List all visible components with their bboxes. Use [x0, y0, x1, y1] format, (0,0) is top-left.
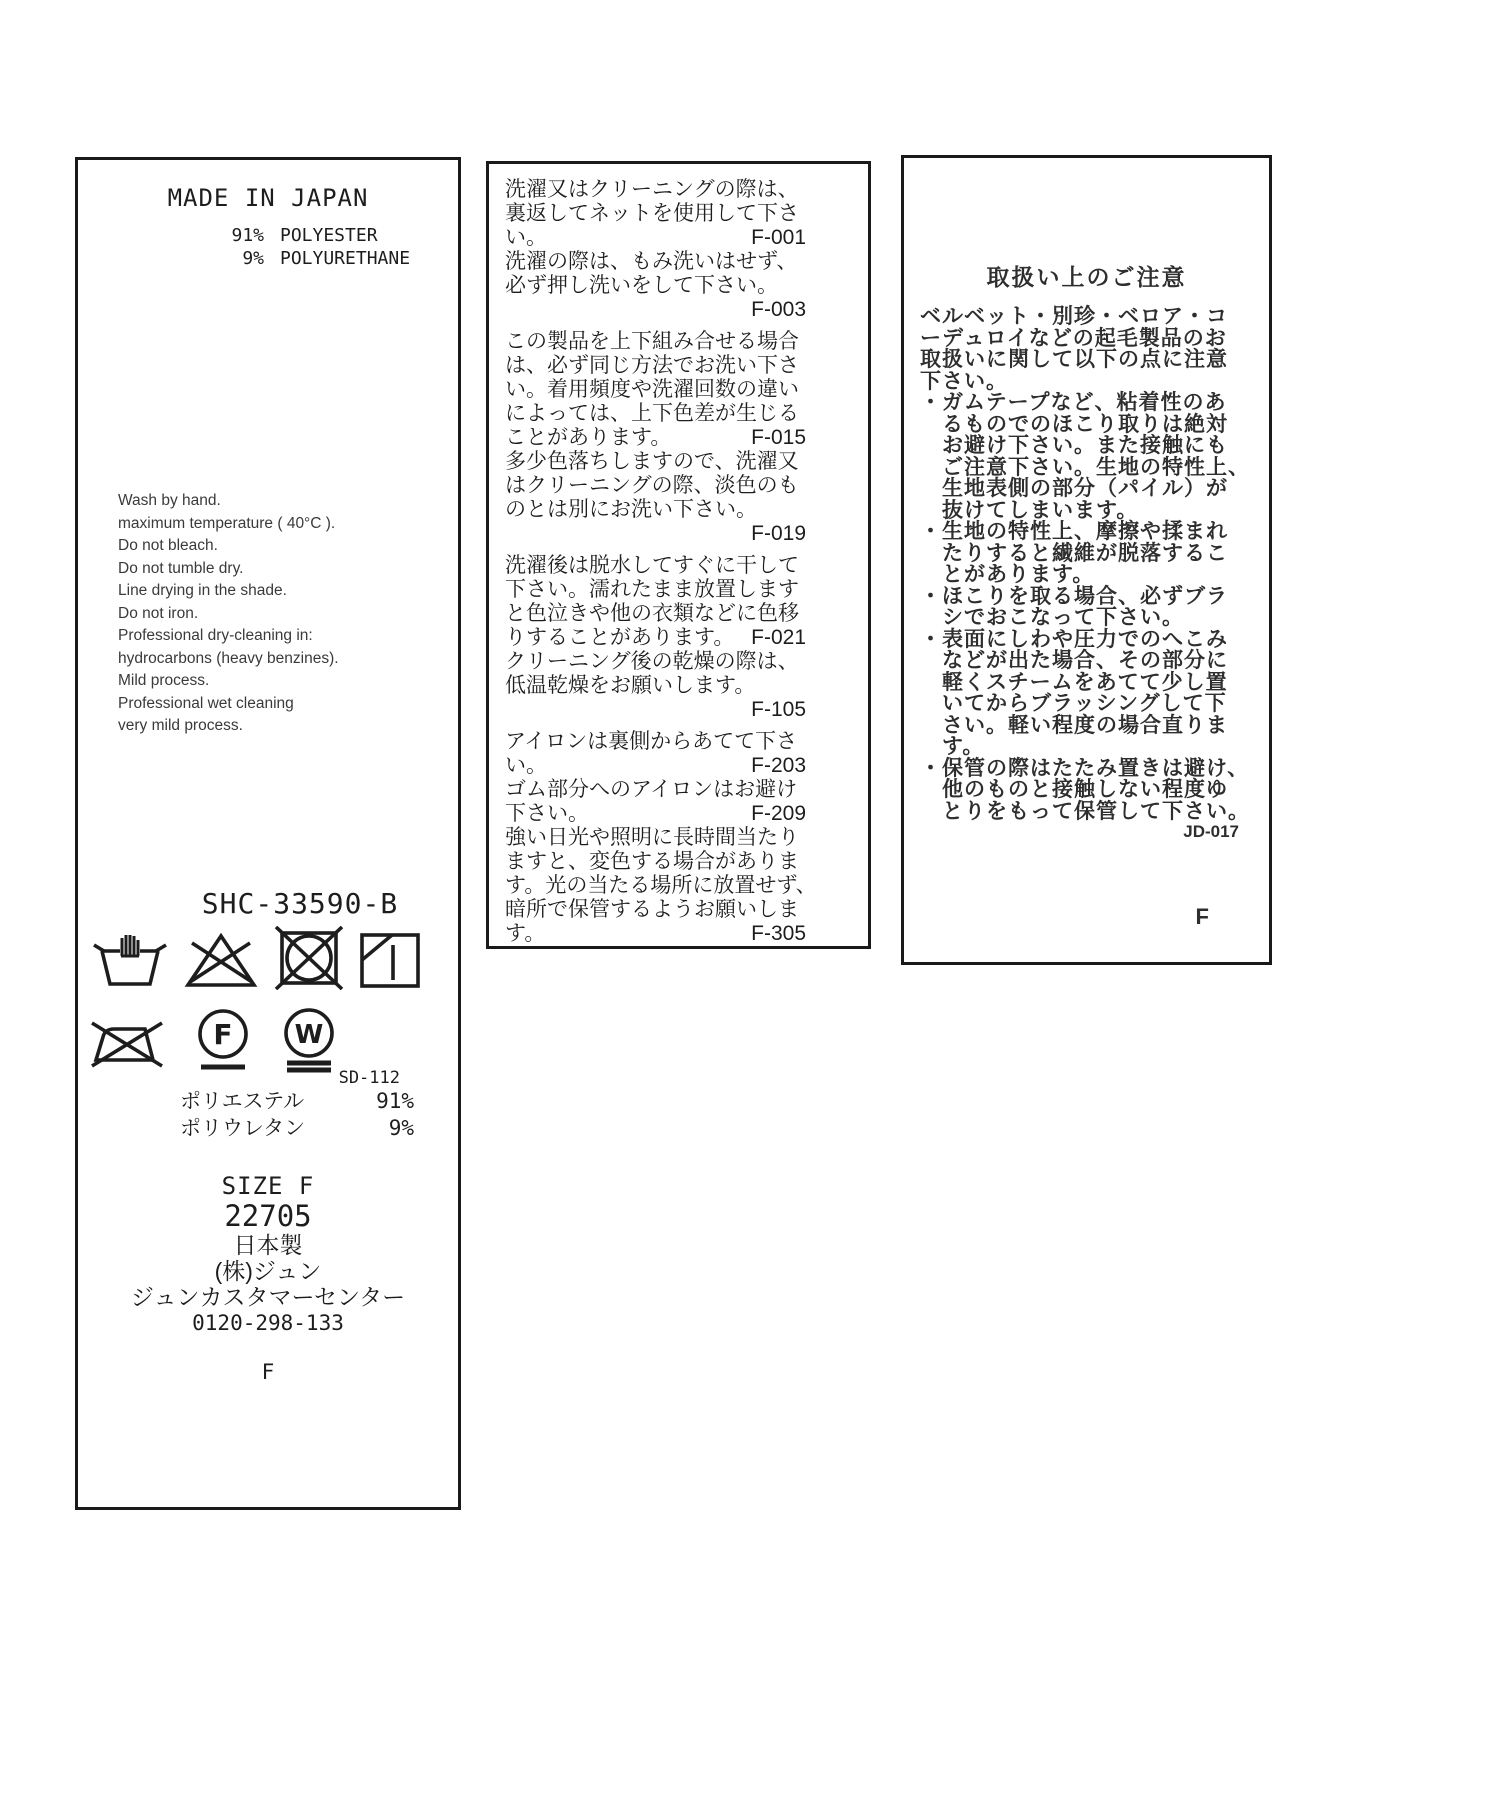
product-number: 22705 — [78, 1200, 458, 1232]
wash-instruction-line: はクリーニングの際、淡色のも — [505, 474, 854, 498]
wash-instruction-line: と色泣きや他の衣類などに色移 — [505, 602, 854, 626]
instruction-text: と色泣きや他の衣類などに色移 — [505, 602, 799, 626]
wash-instruction-line: F-003 — [505, 298, 854, 322]
care-en-line: maximum temperature ( 40°C ). — [118, 513, 339, 536]
instruction-text: のとは別にお洗い下さい。 — [505, 498, 757, 522]
composition-jp-row: ポリエステル 91% — [180, 1088, 414, 1115]
composition-material: POLYURETHANE — [280, 247, 410, 270]
care-en-line: Do not tumble dry. — [118, 558, 339, 581]
instruction-text: 多少色落ちしますので、洗濯又 — [505, 450, 799, 474]
handling-notes-lines: ベルベット・別珍・ベロア・コ ーデュロイなどの起毛製品のお 取扱いに関して以下の… — [904, 306, 1269, 822]
care-en-line: Do not iron. — [118, 603, 339, 626]
care-symbols-row-2: F W — [88, 1005, 340, 1073]
composition-material-jp: ポリウレタン — [180, 1115, 305, 1142]
wash-instruction-line: は、必ず同じ方法でお洗い下さ — [505, 354, 854, 378]
wash-instruction-line: 洗濯又はクリーニングの際は、 — [505, 178, 854, 202]
wash-instruction-line: 下さい。 F-209 — [505, 802, 854, 826]
handling-note-line: とりをもって保管して下さい。 — [920, 801, 1261, 823]
hand-wash-icon — [91, 930, 169, 990]
wash-instruction-line: 暗所で保管するようお願いしま — [505, 898, 854, 922]
handling-note-line: ・ほこりを取る場合、必ずブラ — [920, 586, 1261, 608]
care-en-line: Mild process. — [118, 670, 339, 693]
wash-instruction-line: 強い日光や照明に長時間当たり — [505, 826, 854, 850]
wash-instruction-line: この製品を上下組み合せる場合 — [505, 330, 854, 354]
composition-jp: ポリエステル 91% ポリウレタン 9% — [180, 1088, 414, 1142]
handling-note-line: 下さい。 — [920, 371, 1261, 393]
handling-note-line: いてからブラッシングして下 — [920, 693, 1261, 715]
care-en-line: Professional wet cleaning — [118, 693, 339, 716]
composition-percent: 9% — [212, 247, 264, 270]
instruction-text: 強い日光や照明に長時間当たり — [505, 826, 799, 850]
instruction-text: す。光の当たる場所に放置せず、 — [505, 874, 817, 898]
handling-note-line: ベルベット・別珍・ベロア・コ — [920, 306, 1261, 328]
made-in-label: MADE IN JAPAN — [78, 184, 458, 212]
line-dry-in-shade-icon — [358, 930, 422, 990]
care-label-left: MADE IN JAPAN 91% POLYESTER 9% POLYURETH… — [75, 157, 461, 1510]
composition-percent-jp: 9% — [389, 1115, 414, 1142]
instruction-text: い。 — [505, 226, 547, 250]
wash-instruction-line: りすることがあります。 F-021 — [505, 626, 854, 650]
instruction-text: 下さい。 — [505, 802, 589, 826]
instruction-text: 下さい。濡れたまま放置します — [505, 578, 799, 602]
composition-en: 91% POLYESTER 9% POLYURETHANE — [212, 224, 458, 270]
instruction-code: F-305 — [751, 922, 806, 946]
handling-note-line: ーデュロイなどの起毛製品のお — [920, 328, 1261, 350]
instruction-text: クリーニング後の乾燥の際は、 — [505, 650, 799, 674]
composition-jp-row: ポリウレタン 9% — [180, 1115, 414, 1142]
handling-notes-title: 取扱い上のご注意 — [904, 259, 1269, 292]
care-en-line: Line drying in the shade. — [118, 580, 339, 603]
instruction-text: 洗濯後は脱水してすぐに干して — [505, 554, 799, 578]
wash-instruction-line: によっては、上下色差が生じる — [505, 402, 854, 426]
wash-instruction-line: 必ず押し洗いをして下さい。 — [505, 274, 854, 298]
wash-instruction-line: ことがあります。 F-015 — [505, 426, 854, 450]
instruction-text: ゴム部分へのアイロンはお避け — [505, 778, 797, 802]
instruction-code: F-019 — [751, 522, 806, 546]
instruction-text: はクリーニングの際、淡色のも — [505, 474, 799, 498]
instruction-text: ますと、変色する場合がありま — [505, 850, 799, 874]
handling-note-line: 生地表側の部分（パイル）が — [920, 478, 1261, 500]
wash-instruction-lines: 洗濯又はクリーニングの際は、 裏返してネットを使用して下さ い。 F-001 洗… — [489, 164, 868, 946]
wash-instruction-line: ますと、変色する場合がありま — [505, 850, 854, 874]
handling-note-line: たりすると繊維が脱落するこ — [920, 543, 1261, 565]
wash-instruction-line: す。 F-305 — [505, 922, 854, 946]
handling-note-line: 抜けてしまいます。 — [920, 500, 1261, 522]
handling-note-line: シでおこなって下さい。 — [920, 607, 1261, 629]
handling-note-line: などが出た場合、その部分に — [920, 650, 1261, 672]
instruction-text: りすることがあります。 — [505, 626, 734, 650]
size-label: SIZE F — [78, 1172, 458, 1200]
wash-instruction-line: 低温乾燥をお願いします。 — [505, 674, 854, 698]
instruction-text: アイロンは裏側からあてて下さ — [505, 730, 797, 754]
do-not-iron-icon — [88, 1015, 168, 1073]
wash-instruction-line: F-105 — [505, 698, 854, 722]
handling-note-line: 軽くスチームをあてて少し置 — [920, 672, 1261, 694]
wash-instruction-line: のとは別にお洗い下さい。 — [505, 498, 854, 522]
composition-material: POLYESTER — [280, 224, 378, 247]
care-en-line: hydrocarbons (heavy benzines). — [118, 648, 339, 671]
wash-instruction-line: す。光の当たる場所に放置せず、 — [505, 874, 854, 898]
svg-text:W: W — [295, 1020, 324, 1050]
wash-instruction-line: い。 F-203 — [505, 754, 854, 778]
instruction-text: 裏返してネットを使用して下さ — [505, 202, 799, 226]
wet-clean-W-icon: W — [278, 1005, 340, 1073]
instruction-text: 洗濯又はクリーニングの際は、 — [505, 178, 799, 202]
instruction-text: この製品を上下組み合せる場合 — [505, 330, 799, 354]
handling-note-line: ・生地の特性上、摩擦や揉まれ — [920, 521, 1261, 543]
handling-note-line: ・保管の際はたたみ置きは避け、 — [920, 758, 1261, 780]
care-en-line: Professional dry-cleaning in: — [118, 625, 339, 648]
wash-instruction-line: ゴム部分へのアイロンはお避け — [505, 778, 854, 802]
wash-instruction-line: F-019 — [505, 522, 854, 546]
care-en-line: Do not bleach. — [118, 535, 339, 558]
instruction-text: は、必ず同じ方法でお洗い下さ — [505, 354, 799, 378]
wash-instruction-line: 下さい。濡れたまま放置します — [505, 578, 854, 602]
composition-en-row: 9% POLYURETHANE — [212, 247, 458, 270]
handling-note-line: 他のものと接触しない程度ゆ — [920, 779, 1261, 801]
handling-note-line: さい。軽い程度の場合直りま — [920, 715, 1261, 737]
wash-instructions-label: 洗濯又はクリーニングの際は、 裏返してネットを使用して下さ い。 F-001 洗… — [486, 161, 871, 949]
country-of-origin: 日本製 — [78, 1232, 458, 1258]
wash-instruction-line: アイロンは裏側からあてて下さ — [505, 730, 854, 754]
composition-percent-jp: 91% — [376, 1088, 414, 1115]
wash-instruction-line: クリーニング後の乾燥の際は、 — [505, 650, 854, 674]
instruction-text: 低温乾燥をお願いします。 — [505, 674, 755, 698]
handling-note-line: 取扱いに関して以下の点に注意 — [920, 349, 1261, 371]
instruction-text: 暗所で保管するようお願いしま — [505, 898, 799, 922]
instruction-code: F-209 — [751, 802, 806, 826]
handling-note-line: ご注意下さい。生地の特性上、 — [920, 457, 1261, 479]
left-footer-mark: F — [78, 1360, 458, 1384]
composition-en-row: 91% POLYESTER — [212, 224, 458, 247]
instruction-text: す。 — [505, 922, 545, 946]
wash-instruction-line: 多少色落ちしますので、洗濯又 — [505, 450, 854, 474]
handling-note-line: お避け下さい。また接触にも — [920, 435, 1261, 457]
instruction-text: い。着用頻度や洗濯回数の違い — [505, 378, 799, 402]
instruction-code: F-105 — [751, 698, 806, 722]
company-name: (株)ジュン — [78, 1258, 458, 1284]
instruction-text: によっては、上下色差が生じる — [505, 402, 799, 426]
label-bottom-block: SIZE F 22705 日本製 (株)ジュン ジュンカスタマーセンター 012… — [78, 1172, 458, 1384]
dry-clean-F-icon: F — [192, 1005, 254, 1073]
instruction-code: F-003 — [751, 298, 806, 322]
handling-note-line: ・表面にしわや圧力でのへこみ — [920, 629, 1261, 651]
instruction-text: ことがあります。 — [505, 426, 671, 450]
phone-number: 0120-298-133 — [78, 1310, 458, 1336]
composition-percent: 91% — [212, 224, 264, 247]
wash-instruction-line: 洗濯の際は、もみ洗いはせず、 — [505, 250, 854, 274]
instruction-code: F-203 — [751, 754, 806, 778]
instruction-text: い。 — [505, 754, 547, 778]
care-symbols-row-1 — [91, 926, 422, 990]
care-en-line: very mild process. — [118, 715, 339, 738]
wash-instruction-line — [505, 546, 854, 554]
care-en-line: Wash by hand. — [118, 490, 339, 513]
instruction-text: 洗濯の際は、もみ洗いはせず、 — [505, 250, 797, 274]
instruction-code: F-015 — [751, 426, 806, 450]
wash-instruction-line — [505, 722, 854, 730]
wash-instruction-line: 洗濯後は脱水してすぐに干して — [505, 554, 854, 578]
right-footer-mark: F — [1196, 904, 1209, 930]
svg-text:F: F — [213, 1018, 232, 1051]
do-not-tumble-dry-icon — [273, 926, 345, 990]
instruction-text: 必ず押し洗いをして下さい。 — [505, 274, 778, 298]
wash-instruction-line: い。 F-001 — [505, 226, 854, 250]
handling-note-line: とがあります。 — [920, 564, 1261, 586]
care-instructions-en: Wash by hand. maximum temperature ( 40°C… — [118, 490, 339, 738]
do-not-bleach-icon — [182, 930, 260, 990]
composition-material-jp: ポリエステル — [180, 1088, 304, 1115]
handling-note-line: す。 — [920, 736, 1261, 758]
fabric-code: SD-112 — [339, 1068, 400, 1088]
handling-note-line: ・ガムテープなど、粘着性のあ — [920, 392, 1261, 414]
handling-notes-label: 取扱い上のご注意 ベルベット・別珍・ベロア・コ ーデュロイなどの起毛製品のお 取… — [901, 155, 1272, 965]
wash-instruction-line: い。着用頻度や洗濯回数の違い — [505, 378, 854, 402]
handling-notes-code: JD-017 — [904, 822, 1269, 842]
style-code: SHC-33590-B — [78, 887, 458, 920]
instruction-code: F-001 — [751, 226, 806, 250]
customer-center: ジュンカスタマーセンター — [78, 1284, 458, 1310]
handling-note-line: るものでのほこり取りは絶対 — [920, 414, 1261, 436]
wash-instruction-line — [505, 322, 854, 330]
instruction-code: F-021 — [751, 626, 806, 650]
wash-instruction-line: 裏返してネットを使用して下さ — [505, 202, 854, 226]
